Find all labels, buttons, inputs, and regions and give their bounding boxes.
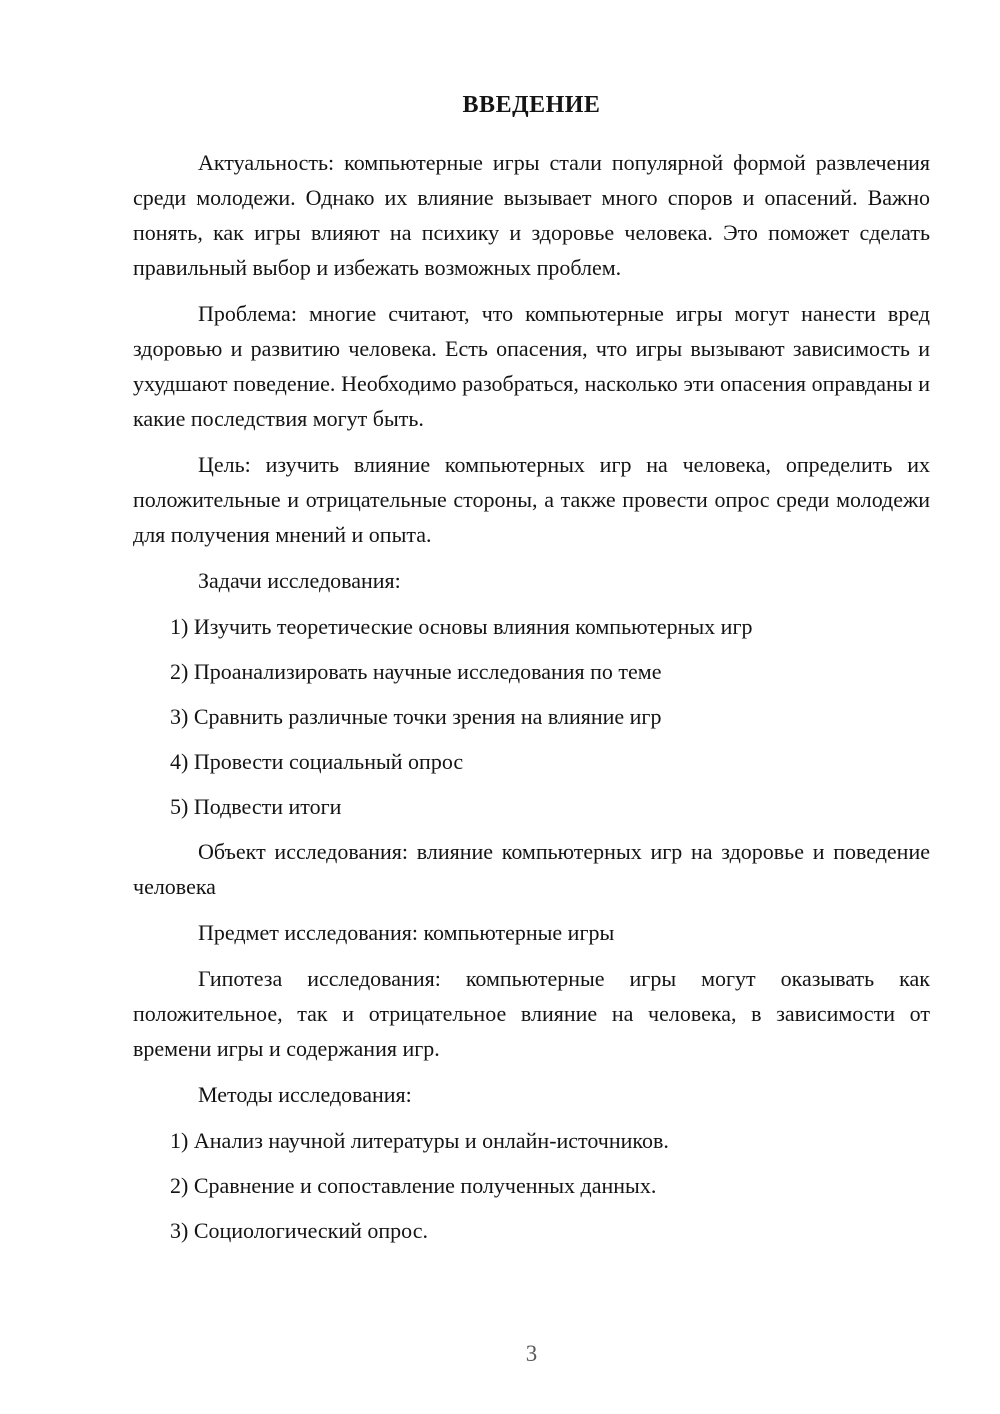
paragraph-problem: Проблема: многие считают, что компьютерн… — [133, 296, 930, 436]
paragraph-object: Объект исследования: влияние компьютерны… — [133, 834, 930, 904]
paragraph-subject: Предмет исследования: компьютерные игры — [133, 915, 930, 950]
paragraph-relevance: Актуальность: компьютерные игры стали по… — [133, 145, 930, 285]
method-item-2: 2) Сравнение и сопоставление полученных … — [133, 1168, 930, 1203]
page-title: ВВЕДЕНИЕ — [133, 88, 930, 123]
task-item-5: 5) Подвести итоги — [133, 789, 930, 824]
task-item-4: 4) Провести социальный опрос — [133, 744, 930, 779]
document-page: ВВЕДЕНИЕ Актуальность: компьютерные игры… — [0, 0, 1000, 1414]
task-item-1: 1) Изучить теоретические основы влияния … — [133, 609, 930, 644]
task-item-2: 2) Проанализировать научные исследования… — [133, 654, 930, 689]
paragraph-hypothesis: Гипотеза исследования: компьютерные игры… — [133, 961, 930, 1066]
paragraph-goal: Цель: изучить влияние компьютерных игр н… — [133, 447, 930, 552]
method-item-1: 1) Анализ научной литературы и онлайн-ис… — [133, 1123, 930, 1158]
tasks-heading: Задачи исследования: — [133, 563, 930, 598]
method-item-3: 3) Социологический опрос. — [133, 1213, 930, 1248]
page-number: 3 — [133, 1340, 930, 1368]
methods-heading: Методы исследования: — [133, 1077, 930, 1112]
task-item-3: 3) Сравнить различные точки зрения на вл… — [133, 699, 930, 734]
